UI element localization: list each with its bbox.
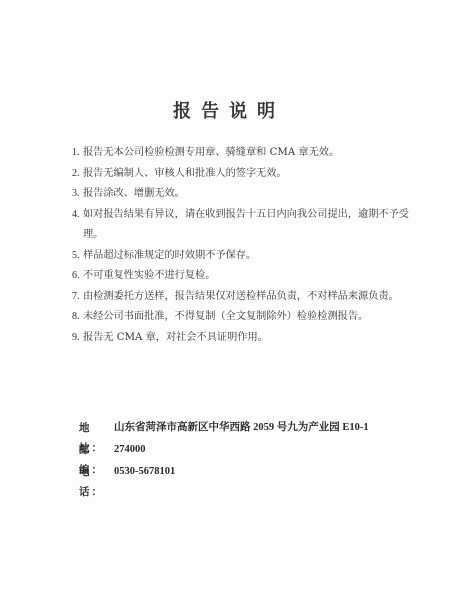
note-item: 7. 由检测委托方送样，报告结果仅对送检样品负责，不对样品来源负责。 bbox=[72, 287, 412, 308]
note-item: 6. 不可重复性实验不进行复检。 bbox=[72, 266, 412, 287]
note-item: 1. 报告无本公司检验检测专用章、骑缝章和 CMA 章无效。 bbox=[72, 143, 412, 164]
address-row: 地 址： 山东省菏泽市高新区中华西路 2059 号九为产业园 E10-1 bbox=[79, 418, 419, 438]
note-number: 4. bbox=[72, 205, 83, 246]
note-number: 9. bbox=[72, 328, 83, 349]
note-item: 4. 如对报告结果有异议，请在收到报告十五日内向我公司提出，逾期不予受理。 bbox=[72, 205, 412, 246]
phone-row: 电 话： 0530-5678101 bbox=[79, 462, 419, 482]
note-item: 3. 报告涂改、增删无效。 bbox=[72, 184, 412, 205]
note-number: 5. bbox=[72, 246, 83, 267]
document-page: 报告说明 1. 报告无本公司检验检测专用章、骑缝章和 CMA 章无效。 2. 报… bbox=[0, 0, 450, 600]
note-number: 1. bbox=[72, 143, 83, 164]
note-text: 报告无编制人、审核人和批准人的签字无效。 bbox=[83, 164, 412, 185]
note-text: 由检测委托方送样，报告结果仅对送检样品负责，不对样品来源负责。 bbox=[83, 287, 412, 308]
notes-list: 1. 报告无本公司检验检测专用章、骑缝章和 CMA 章无效。 2. 报告无编制人… bbox=[72, 143, 412, 348]
note-text: 报告无本公司检验检测专用章、骑缝章和 CMA 章无效。 bbox=[83, 143, 412, 164]
phone-label: 电 话： bbox=[79, 462, 114, 482]
note-text: 未经公司书面批准，不得复制（全文复制除外）检验检测报告。 bbox=[83, 307, 412, 328]
note-number: 3. bbox=[72, 184, 83, 205]
note-number: 8. bbox=[72, 307, 83, 328]
note-text: 报告涂改、增删无效。 bbox=[83, 184, 412, 205]
postcode-value: 274000 bbox=[114, 440, 146, 460]
contact-info: 地 址： 山东省菏泽市高新区中华西路 2059 号九为产业园 E10-1 邮 编… bbox=[79, 418, 419, 484]
note-number: 7. bbox=[72, 287, 83, 308]
address-value: 山东省菏泽市高新区中华西路 2059 号九为产业园 E10-1 bbox=[114, 418, 369, 438]
note-item: 5. 样品超过标准规定的时效期不予保存。 bbox=[72, 246, 412, 267]
phone-value: 0530-5678101 bbox=[114, 462, 175, 482]
note-text: 如对报告结果有异议，请在收到报告十五日内向我公司提出，逾期不予受理。 bbox=[83, 205, 412, 246]
note-text: 不可重复性实验不进行复检。 bbox=[83, 266, 412, 287]
note-item: 2. 报告无编制人、审核人和批准人的签字无效。 bbox=[72, 164, 412, 185]
page-title: 报告说明 bbox=[0, 97, 450, 123]
postcode-label: 邮 编： bbox=[79, 440, 114, 460]
address-label: 地 址： bbox=[79, 418, 114, 438]
note-text: 报告无 CMA 章，对社会不具证明作用。 bbox=[83, 328, 412, 349]
note-item: 8. 未经公司书面批准，不得复制（全文复制除外）检验检测报告。 bbox=[72, 307, 412, 328]
note-number: 6. bbox=[72, 266, 83, 287]
note-item: 9. 报告无 CMA 章，对社会不具证明作用。 bbox=[72, 328, 412, 349]
note-number: 2. bbox=[72, 164, 83, 185]
note-text: 样品超过标准规定的时效期不予保存。 bbox=[83, 246, 412, 267]
postcode-row: 邮 编： 274000 bbox=[79, 440, 419, 460]
